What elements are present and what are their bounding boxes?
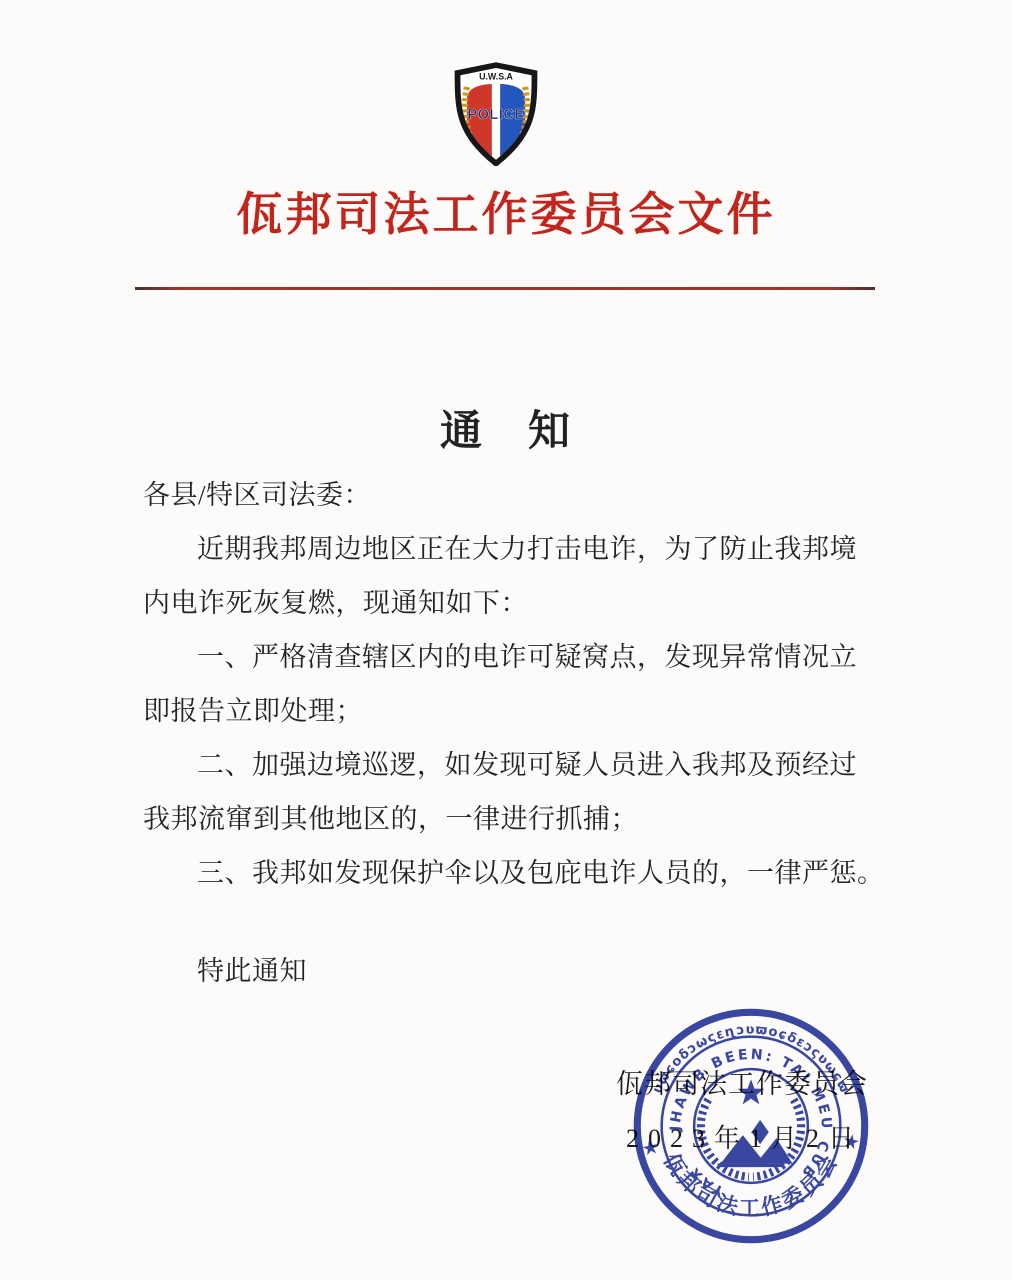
red-divider bbox=[135, 287, 875, 290]
police-badge-icon: U.W.S.A POLICE bbox=[446, 62, 546, 166]
badge-org-text: U.W.S.A bbox=[479, 72, 513, 82]
closing-text: 特此通知 bbox=[143, 944, 875, 998]
official-seal: ʋϖɕοδɔωςεɳɔʋϖοɕδεɔςʋωɕϖ JHAWB BEEN: TAI … bbox=[619, 994, 883, 1258]
notice-line: 三、我邦如发现保护伞以及包庇电诈人员的，一律严惩。 bbox=[143, 846, 875, 900]
seal-star-left-icon: ★ bbox=[640, 1137, 661, 1161]
notice-line: 我邦流窜到其他地区的，一律进行抓捕； bbox=[143, 792, 875, 846]
notice-line: 二、加强边境巡逻，如发现可疑人员进入我邦及预经过 bbox=[143, 738, 875, 792]
seal-emblem bbox=[701, 1079, 801, 1176]
document-page: U.W.S.A POLICE 佤邦司法工作委员会文件 通 知 各县/特区司法委：… bbox=[0, 0, 1012, 1280]
notice-line: 即报告立即处理； bbox=[143, 684, 875, 738]
official-seal-icon: ʋϖɕοδɔωςεɳɔʋϖοɕδεɔςʋωɕϖ JHAWB BEEN: TAI … bbox=[619, 994, 883, 1258]
notice-body: 各县/特区司法委： 近期我邦周边地区正在大力打击电诈，为了防止我邦境 内电诈死灰… bbox=[143, 468, 875, 998]
notice-heading: 通 知 bbox=[0, 398, 1012, 458]
document-title: 佤邦司法工作委员会文件 bbox=[0, 178, 1012, 244]
notice-line: 各县/特区司法委： bbox=[143, 468, 875, 522]
seal-mountains-icon bbox=[717, 1120, 792, 1167]
police-badge: U.W.S.A POLICE bbox=[446, 62, 546, 166]
notice-line: 一、严格清查辖区内的电诈可疑窝点，发现异常情况立 bbox=[143, 630, 875, 684]
seal-star-icon bbox=[738, 1079, 765, 1104]
notice-line: 近期我邦周边地区正在大力打击电诈，为了防止我邦境 bbox=[143, 522, 875, 576]
badge-police-label: POLICE bbox=[467, 107, 524, 123]
notice-line: 内电诈死灰复燃，现通知如下： bbox=[143, 576, 875, 630]
